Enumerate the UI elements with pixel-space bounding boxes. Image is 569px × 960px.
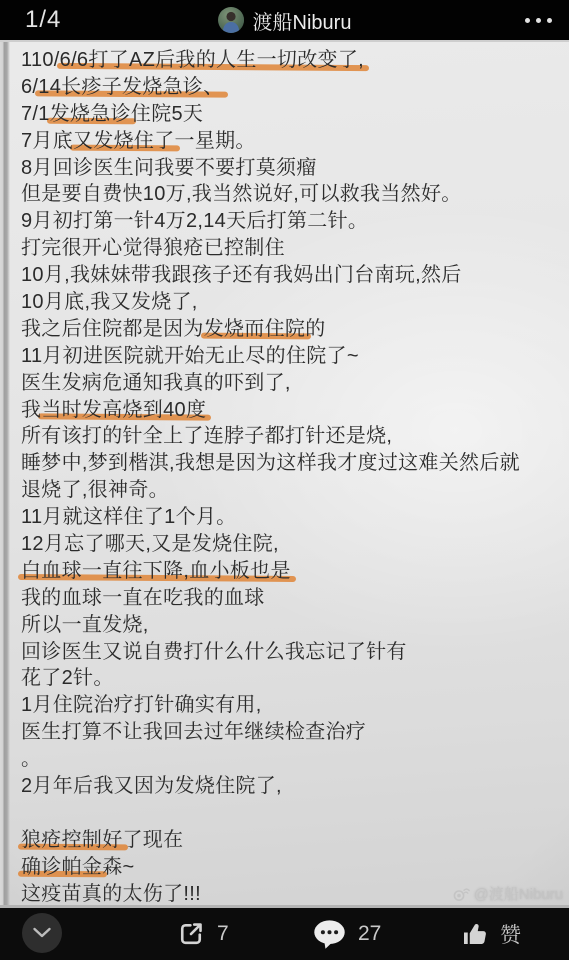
underlined-text: 当时发高烧到40度 — [41, 399, 206, 421]
more-options-button[interactable] — [525, 0, 552, 40]
underlined-text: 14长疹子发烧急诊、 — [38, 76, 223, 98]
watermark-text: @渡船Niburu — [474, 883, 563, 904]
page-indicator: 1/4 — [25, 6, 61, 34]
text-line — [21, 800, 565, 827]
underlined-text: 确诊帕金 — [21, 856, 102, 878]
text-line: 。 — [21, 746, 565, 773]
text-line: 睡梦中,梦到楷淇,我想是因为这样我才度过这难关然后就 — [21, 450, 565, 477]
poster-username: 渡船Niburu — [253, 6, 352, 35]
text-line: 7/1发烧急诊住院5天 — [21, 101, 565, 128]
comment-bubble-icon — [312, 918, 347, 951]
text-line: 7月底又发烧住了一星期。 — [21, 128, 565, 155]
share-button[interactable]: 7 — [176, 908, 229, 960]
text-line: 6/14长疹子发烧急诊、 — [21, 74, 565, 101]
like-button[interactable]: 赞 — [459, 908, 521, 960]
poster-profile[interactable]: 渡船Niburu — [218, 6, 352, 35]
avatar — [218, 7, 244, 33]
text-line: 狼疮控制好了现在 — [21, 827, 565, 854]
comment-count: 27 — [358, 922, 381, 946]
ellipsis-icon — [525, 18, 530, 23]
text-line: 白血球一直往下降,血小板也是 — [21, 558, 565, 585]
underlined-text: 发烧急诊 — [50, 103, 131, 125]
text-line: 11月就这样住了1个月。 — [21, 504, 565, 531]
underlined-text: 6/6打了AZ后我的人生一切改变了, — [60, 49, 364, 71]
text-line: 1月住院治疗打针确实有用, — [21, 692, 565, 719]
text-line: 11月初进医院就开始无止尽的住院了~ — [21, 343, 565, 370]
like-label: 赞 — [500, 919, 521, 949]
watermark: @渡船Niburu — [452, 883, 563, 904]
post-text: 110/6/6打了AZ后我的人生一切改变了,6/14长疹子发烧急诊、7/1发烧急… — [0, 42, 569, 908]
image-viewer-screen: 1/4 渡船Niburu — [0, 0, 569, 960]
viewer-header: 1/4 渡船Niburu — [0, 0, 569, 40]
text-line: 医生打算不让我回去过年继续检查治疗 — [21, 719, 565, 746]
text-line: 打完很开心觉得狼疮已控制住 — [21, 235, 565, 262]
text-line: 我当时发高烧到40度 — [21, 397, 565, 424]
text-line: 确诊帕金森~ — [21, 854, 565, 881]
underlined-text: 发烧而住院 — [204, 318, 306, 340]
text-line: 110/6/6打了AZ后我的人生一切改变了, — [21, 47, 565, 74]
text-line: 10月底,我又发烧了, — [21, 289, 565, 316]
weibo-logo-icon — [452, 886, 470, 902]
text-line: 花了2针。 — [21, 665, 565, 692]
comment-button[interactable]: 27 — [312, 908, 381, 960]
text-line: 我的血球一直在吃我的血球 — [21, 585, 565, 612]
underlined-text: 狼疮控制好 — [21, 829, 123, 851]
text-line: 9月初打第一针4万2,14天后打第二针。 — [21, 208, 565, 235]
text-line: 所以一直发烧, — [21, 612, 565, 639]
thumbs-up-icon — [459, 919, 489, 949]
text-line: 12月忘了哪天,又是发烧住院, — [21, 531, 565, 558]
text-line: 我之后住院都是因为发烧而住院的 — [21, 316, 565, 343]
underlined-text: 又发烧住了 — [73, 130, 175, 152]
text-line: 医生发病危通知我真的吓到了, — [21, 370, 565, 397]
action-bar: 7 27 赞 — [0, 908, 569, 960]
share-count: 7 — [217, 922, 229, 946]
text-line: 回诊医生又说自费打什么什么我忘记了针有 — [21, 639, 565, 666]
post-image[interactable]: 110/6/6打了AZ后我的人生一切改变了,6/14长疹子发烧急诊、7/1发烧急… — [0, 40, 569, 908]
text-line: 退烧了,很神奇。 — [21, 477, 565, 504]
collapse-button[interactable] — [22, 913, 62, 953]
chevron-down-icon — [32, 927, 52, 939]
text-line: 10月,我妹妹带我跟孩子还有我妈出门台南玩,然后 — [21, 262, 565, 289]
share-arrow-icon — [176, 919, 206, 949]
text-line: 所有该打的针全上了连脖子都打针还是烧, — [21, 423, 565, 450]
text-line: 但是要自费快10万,我当然说好,可以救我当然好。 — [21, 181, 565, 208]
text-line: 2月年后我又因为发烧住院了, — [21, 773, 565, 800]
text-line: 8月回诊医生问我要不要打莫须瘤 — [21, 155, 565, 182]
underlined-text: 白血球一直往下降,血小板也是 — [21, 560, 291, 582]
